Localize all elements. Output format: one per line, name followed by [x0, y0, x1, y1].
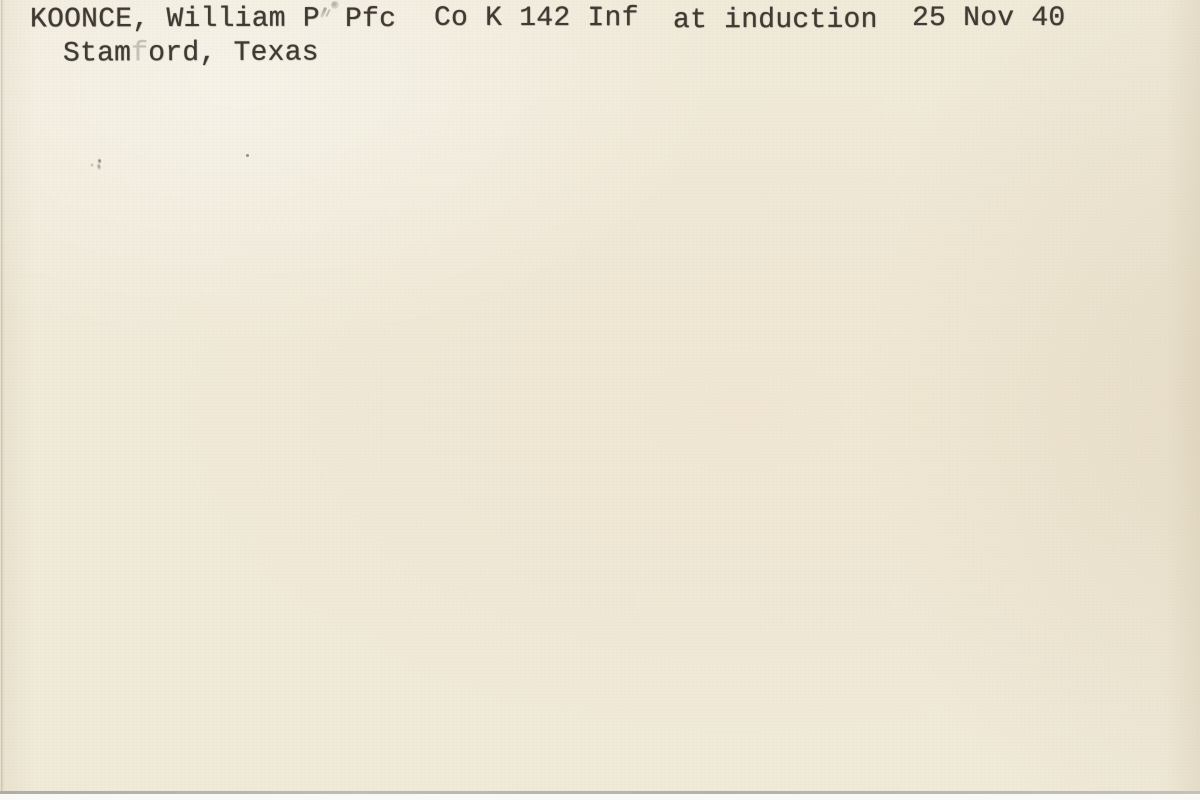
- ink-speck: [95, 157, 104, 170]
- stray-ink-dot: [331, 1, 339, 9]
- induction-date: 25 Nov 40: [912, 5, 1065, 33]
- city-text-segment: Stam: [63, 38, 131, 69]
- document-scan: KOONCE, William P Pfc Co K 142 Inf at in…: [0, 0, 1200, 800]
- card-left-edge-shadow: [1, 0, 4, 791]
- ink-speck: [246, 154, 249, 157]
- rank: Pfc: [345, 6, 396, 34]
- scanner-backing-strip: [0, 794, 1200, 800]
- service-member-name: KOONCE, William P: [30, 6, 320, 35]
- city-text-segment-faded: f: [131, 38, 148, 69]
- military-unit: Co K 142 Inf: [434, 5, 639, 33]
- city-state: Stamford, Texas: [63, 40, 319, 69]
- city-text-segment: ord, Texas: [148, 38, 319, 70]
- ink-speck: [90, 163, 94, 167]
- induction-note: at induction: [673, 7, 878, 35]
- index-card: KOONCE, William P Pfc Co K 142 Inf at in…: [0, 0, 1200, 791]
